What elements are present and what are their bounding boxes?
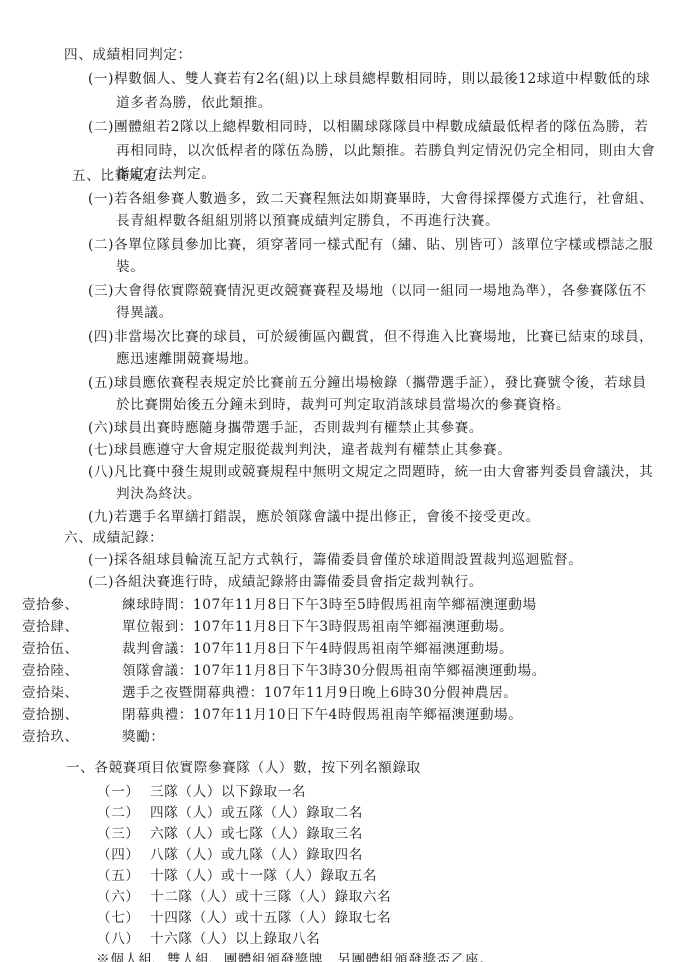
- rule-item: (一)採各組球員輪流互記方式執行，籌備委員會僅於球道間設置裁判巡迴監督。: [88, 551, 582, 569]
- schedule-text: 領隊會議：107年11月8日下午3時30分假馬祖南竿鄉福澳運動場。: [122, 662, 546, 680]
- document-page: 四、成績相同判定： (一)桿數個人、雙人賽若有2名(組)以上球員總桿數相同時，則…: [0, 0, 680, 962]
- award-number: （八）: [97, 930, 140, 948]
- awards-note: ※個人組、雙人組、團體組頒發獎牌，另團體組頒發獎盃乙座。: [96, 951, 493, 962]
- rule-item: (七)球員應遵守大會規定服從裁判判決，違者裁判有權禁止其參賽。: [88, 441, 511, 459]
- schedule-number: 壹拾捌、: [22, 706, 79, 724]
- award-text: 四隊（人）或五隊（人）錄取二名: [150, 804, 363, 822]
- award-text: 十四隊（人）或十五隊（人）錄取七名: [150, 909, 391, 927]
- rule-item: (九)若選手名單繕打錯誤，應於領隊會議中提出修正，會後不接受更改。: [88, 508, 540, 526]
- award-text: 十二隊（人）或十三隊（人）錄取六名: [150, 888, 391, 906]
- awards-heading: 一、各競賽項目依實際參賽隊（人）數，按下列名額錄取: [66, 759, 421, 777]
- award-number: （二）: [97, 804, 140, 822]
- award-number: （三）: [97, 825, 140, 843]
- section-heading: 五、比賽規定：: [72, 167, 171, 185]
- rule-item: (一)桿數個人、雙人賽若有2名(組)以上球員總桿數相同時，則以最後12球道中桿數…: [88, 70, 650, 88]
- rule-item-continuation: 判決為終決。: [116, 485, 201, 503]
- rule-item: (五)球員應依賽程表規定於比賽前五分鐘出場檢錄（攜帶選手証），發比賽號令後，若球…: [88, 374, 647, 392]
- schedule-text: 閉幕典禮：107年11月10日下午4時假馬祖南竿鄉福澳運動場。: [122, 706, 522, 724]
- rule-item: (二)團體組若2隊以上總桿數相同時，以相關球隊隊員中桿數成績最低桿者的隊伍為勝，…: [88, 118, 648, 136]
- award-number: （四）: [97, 846, 140, 864]
- rule-item: (一)若各組參賽人數過多，致二天賽程無法如期賽畢時，大會得採擇優方式進行，社會組…: [88, 190, 653, 208]
- schedule-text: 選手之夜暨開幕典禮：107年11月9日晚上6時30分假神農居。: [122, 684, 518, 702]
- rule-item: (四)非當場次比賽的球員，可於緩衝區內觀賞，但不得進入比賽場地，比賽已結束的球員…: [88, 328, 653, 346]
- award-text: 六隊（人）或七隊（人）錄取三名: [150, 825, 363, 843]
- rule-item: (三)大會得依實際競賽情況更改競賽賽程及場地（以同一組同一場地為準），各參賽隊伍…: [88, 282, 647, 300]
- schedule-number: 壹拾參、: [22, 596, 79, 614]
- award-text: 十隊（人）或十一隊（人）錄取五名: [150, 867, 377, 885]
- award-text: 十六隊（人）以上錄取八名: [150, 930, 320, 948]
- rule-item: (二)各單位隊員參加比賽，須穿著同一樣式配有（繡、貼、別皆可）該單位字樣或標誌之…: [88, 236, 653, 254]
- rule-item-continuation: 應迅速離開競賽場地。: [116, 350, 258, 368]
- rule-item: (八)凡比賽中發生規則或競賽規程中無明文規定之問題時，統一由大會審判委員會議決，…: [88, 463, 653, 481]
- schedule-number: 壹拾肆、: [22, 618, 79, 636]
- award-number: （六）: [97, 888, 140, 906]
- rule-item-continuation: 裝。: [116, 258, 144, 276]
- rule-item: (二)各組決賽進行時，成績記錄將由籌備委員會指定裁判執行。: [88, 573, 483, 591]
- schedule-text: 練球時間：107年11月8日下午3時至5時假馬祖南竿鄉福澳運動場: [122, 596, 537, 614]
- award-text: 三隊（人）以下錄取一名: [150, 783, 306, 801]
- schedule-text: 單位報到：107年11月8日下午3時假馬祖南竿鄉福澳運動場。: [122, 618, 513, 636]
- schedule-text: 裁判會議：107年11月8日下午4時假馬祖南竿鄉福澳運動場。: [122, 640, 513, 658]
- rule-item-continuation: 得異議。: [116, 304, 173, 322]
- schedule-number: 壹拾陸、: [22, 662, 79, 680]
- schedule-number: 壹拾玖、: [22, 728, 79, 746]
- award-text: 八隊（人）或九隊（人）錄取四名: [150, 846, 363, 864]
- award-number: （七）: [97, 909, 140, 927]
- schedule-number: 壹拾伍、: [22, 640, 79, 658]
- rule-item-continuation: 於比賽開始後五分鐘未到時，裁判可判定取消該球員當場次的參賽資格。: [116, 396, 570, 414]
- rule-item-continuation: 道多者為勝，依此類推。: [116, 94, 272, 112]
- award-number: （一）: [97, 783, 140, 801]
- award-number: （五）: [97, 867, 140, 885]
- rule-item-continuation: 長青組桿數各組組別將以預賽成績判定勝負，不再進行決賽。: [116, 212, 499, 230]
- section-heading: 六、成績記錄：: [64, 529, 163, 547]
- schedule-number: 壹拾柒、: [22, 684, 79, 702]
- rule-item: (六)球員出賽時應隨身攜帶選手証，否則裁判有權禁止其參賽。: [88, 419, 483, 437]
- rule-item-continuation: 再相同時，以次低桿者的隊伍為勝，以此類推。若勝負判定情況仍完全相同，則由大會: [116, 142, 655, 160]
- schedule-text: 獎勵：: [122, 728, 165, 746]
- section-heading: 四、成績相同判定：: [64, 46, 192, 64]
